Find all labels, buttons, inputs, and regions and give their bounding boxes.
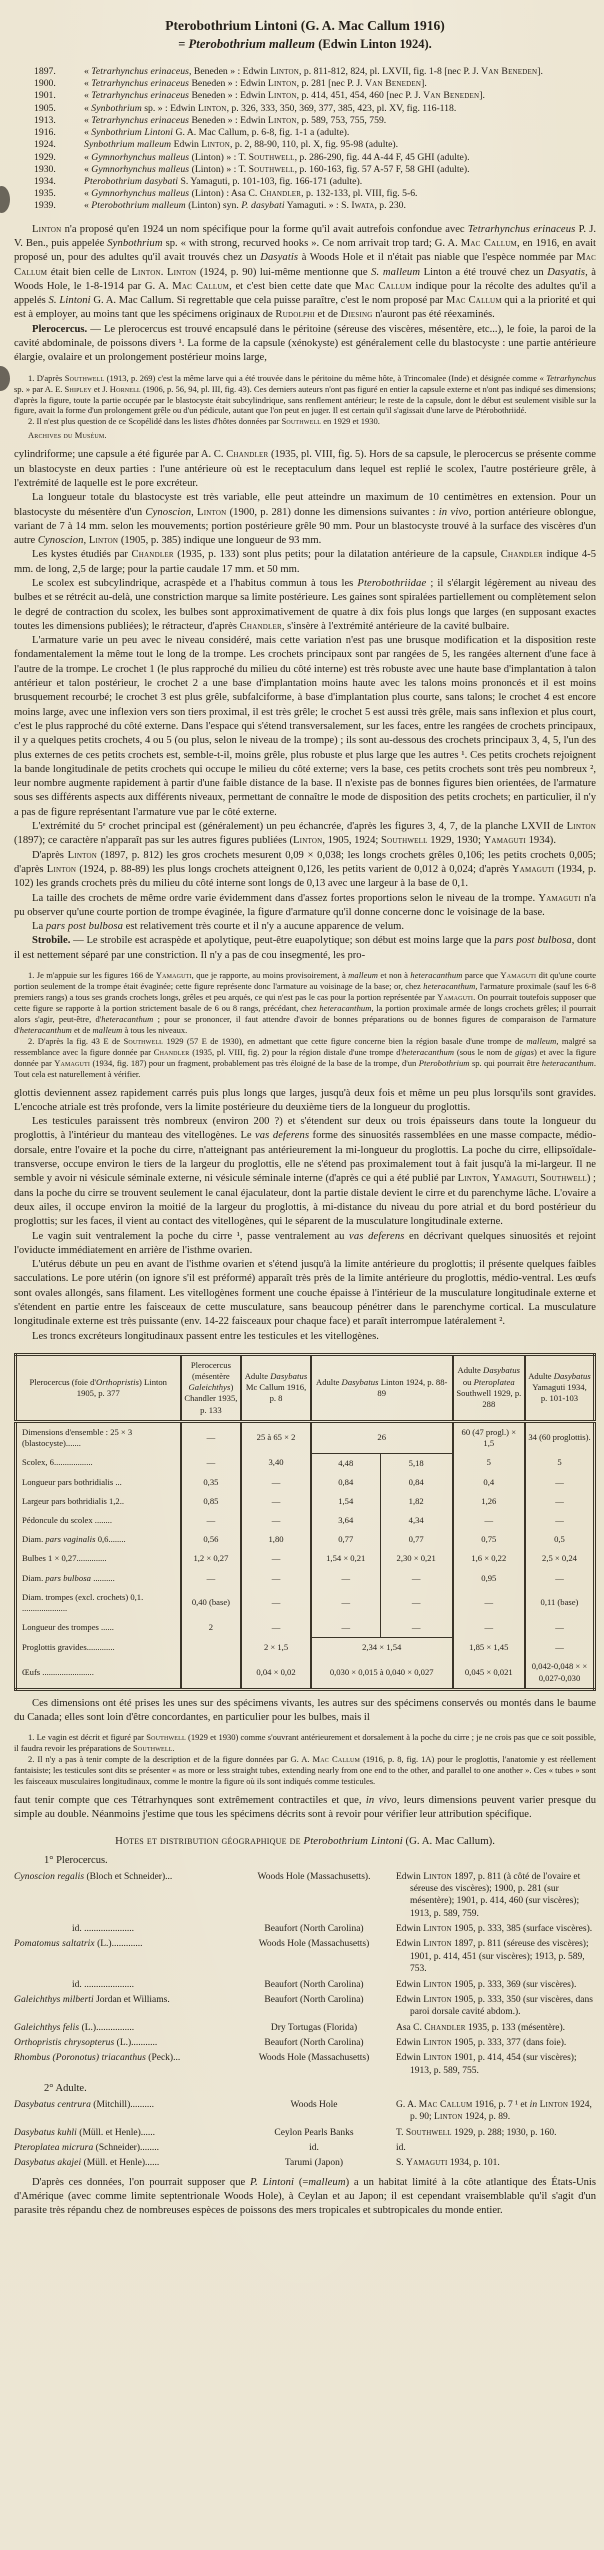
table-header-cell: Plerocercus (foie d'Orthopristis) Linton… (16, 1354, 181, 1421)
host-reference: Edwin Linton 1905, p. 333, 350 (sur visc… (396, 1994, 596, 2019)
table-cell: 2,5 × 0,24 (525, 1549, 595, 1568)
host-name: Pomatomus saltatrix (L.)............. (14, 1938, 232, 1975)
synonymy-text: « Synbothrium Lintoni G. A. Mac Callum, … (68, 127, 596, 139)
table-header-cell: Adulte Dasybatus ou Pteroplatea Southwel… (453, 1354, 525, 1421)
paragraph: D'après Linton (1897, p. 812) les gros c… (14, 849, 596, 892)
table-cell: 4,48 (311, 1453, 380, 1473)
table-cell: — (525, 1511, 595, 1530)
table-cell: 0,84 (311, 1473, 380, 1492)
paragraph: L'utérus débute un peu en avant de l'ist… (14, 1258, 596, 1329)
synonymy-year: 1934. (34, 176, 68, 188)
host-locality: Tarumi (Japon) (240, 2157, 388, 2169)
host-locality: Ceylon Pearls Banks (240, 2127, 388, 2139)
paragraph: La taille des crochets de même ordre var… (14, 892, 596, 921)
paragraph: Plerocercus. — Le plerocercus est trouvé… (14, 323, 596, 366)
host-locality: Dry Tortugas (Florida) (240, 2022, 388, 2034)
host-row: id. .....................Beaufort (North… (14, 1979, 596, 1991)
table-row: Longueur pars bothridialis ...0,35—0,840… (16, 1473, 595, 1492)
paragraph: Les troncs excréteurs longitudinaux pass… (14, 1330, 596, 1344)
host-row: Orthopristis chrysopterus (L.)..........… (14, 2037, 596, 2049)
table-cell: — (453, 1588, 525, 1618)
body-section-2: cylindriforme; une capsule a été figurée… (14, 448, 596, 963)
table-cell: — (241, 1473, 310, 1492)
host-locality: Woods Hole (Massachusetts) (240, 1938, 388, 1975)
host-reference: G. A. Mac Callum 1916, p. 7 ¹ et in Lint… (396, 2099, 596, 2124)
synonymy-text: Pterobothrium dasybati S. Yamaguti, p. 1… (68, 176, 596, 188)
table-cell: — (241, 1569, 310, 1588)
table-cell: — (380, 1588, 452, 1618)
table-cell: 26 (311, 1421, 453, 1453)
table-cell: 0,5 (525, 1530, 595, 1549)
table-cell: 1,2 × 0,27 (181, 1549, 242, 1568)
synonymy-text: « Gymnorhynchus malleus (Linton) » : T. … (68, 164, 596, 176)
host-reference: Edwin Linton 1905, p. 333, 369 (sur visc… (396, 1979, 596, 1991)
synonymy-text: « Gymnorhynchus malleus (Linton) » : T. … (68, 152, 596, 164)
table-cell: — (241, 1588, 310, 1618)
table-cell: 0,85 (181, 1492, 242, 1511)
row-label: Proglottis gravides............. (16, 1638, 181, 1658)
paragraph: Les testicules paraissent très nombreux … (14, 1115, 596, 1229)
table-cell: 0,77 (311, 1530, 380, 1549)
body-section-5: faut tenir compte que ces Tétrarhynques … (14, 1794, 596, 1823)
table-cell: 2 (181, 1618, 242, 1638)
table-row: Diam. pars vaginalis 0,6........0,561,80… (16, 1530, 595, 1549)
table-cell: — (181, 1511, 242, 1530)
paragraph: D'après ces données, l'on pourrait suppo… (14, 2176, 596, 2219)
host-locality: Woods Hole (240, 2099, 388, 2124)
footnote-block-3: 1. Le vagin est décrit et figuré par Sou… (14, 1732, 596, 1787)
table-cell: 5 (453, 1453, 525, 1473)
table-cell: 34 (60 proglottis). (525, 1421, 595, 1453)
table-cell: — (380, 1569, 452, 1588)
paragraph: Le scolex est subcylindrique, acraspède … (14, 577, 596, 634)
synonymy-year: 1913. (34, 115, 68, 127)
host-reference: S. Yamaguti 1934, p. 101. (396, 2157, 596, 2169)
synonymy-year: 1935. (34, 188, 68, 200)
table-cell: — (241, 1618, 310, 1638)
host-row: Dasybatus kuhli (Müll. et Henle)......Ce… (14, 2127, 596, 2139)
synonymy-text: Synbothrium malleum Edwin Linton, p. 2, … (68, 139, 596, 151)
table-cell: 0,35 (181, 1473, 242, 1492)
table-cell: — (181, 1569, 242, 1588)
host-reference: Asa C. Chandler 1935, p. 133 (mésentère)… (396, 2022, 596, 2034)
host-reference: Edwin Linton 1905, p. 333, 377 (dans foi… (396, 2037, 596, 2049)
synonymy-entry: 1900.« Tetrarhynchus erinaceus Beneden »… (34, 78, 596, 90)
table-cell: — (525, 1473, 595, 1492)
paragraph: La longueur totale du blastocyste est tr… (14, 491, 596, 548)
host-reference: T. Southwell 1929, p. 288; 1930, p. 160. (396, 2127, 596, 2139)
table-cell: 0,042-0,048 × × 0,027-0,030 (525, 1657, 595, 1689)
table-cell: — (453, 1511, 525, 1530)
table-cell: 0,84 (380, 1473, 452, 1492)
table-cell (181, 1638, 242, 1658)
table-cell: 0,56 (181, 1530, 242, 1549)
synonymy-text: « Synbothrium sp. » : Edwin Linton, p. 3… (68, 103, 596, 115)
synonymy-entry: 1924.Synbothrium malleum Edwin Linton, p… (34, 139, 596, 151)
synonymy-text: « Tetrarhynchus erinaceus, Beneden » : E… (68, 66, 596, 78)
table-cell: — (525, 1618, 595, 1638)
host-name: Dasybatus centrura (Mitchill).......... (14, 2099, 232, 2124)
scan-smudge (0, 186, 10, 213)
table-cell: 60 (47 progl.) × 1,5 (453, 1421, 525, 1453)
table-cell: 25 à 65 × 2 (241, 1421, 310, 1453)
synonymy-year: 1924. (34, 139, 68, 151)
host-reference: Edwin Linton 1897, p. 811 (à côté de l'o… (396, 1871, 596, 1920)
table-cell: 0,40 (base) (181, 1588, 242, 1618)
table-cell (181, 1657, 242, 1689)
body-section-6: D'après ces données, l'on pourrait suppo… (14, 2176, 596, 2219)
adult-host-list: Dasybatus centrura (Mitchill)..........W… (14, 2099, 596, 2170)
row-label: Scolex, 6.................. (16, 1453, 181, 1473)
table-cell: 0,11 (base) (525, 1588, 595, 1618)
host-row: Dasybatus akajei (Müll. et Henle)......T… (14, 2157, 596, 2169)
synonymy-entry: 1916.« Synbothrium Lintoni G. A. Mac Cal… (34, 127, 596, 139)
host-locality: Beaufort (North Carolina) (240, 1979, 388, 1991)
host-name: Dasybatus akajei (Müll. et Henle)...... (14, 2157, 232, 2169)
synonymy-year: 1901. (34, 90, 68, 102)
table-row: Bulbes 1 × 0,27..............1,2 × 0,27—… (16, 1549, 595, 1568)
table-header-cell: Adulte Dasybatus Linton 1924, p. 88-89 (311, 1354, 453, 1421)
table-row: Diam. pars bulbosa ..........————0,95— (16, 1569, 595, 1588)
table-header-cell: Adulte Dasybatus Yamaguti 1934, p. 101-1… (525, 1354, 595, 1421)
paragraph: Le vagin suit ventralement la poche du c… (14, 1230, 596, 1259)
table-cell: — (241, 1549, 310, 1568)
synonymy-list: 1897.« Tetrarhynchus erinaceus, Beneden … (34, 66, 596, 213)
synonymy-year: 1900. (34, 78, 68, 90)
synonymy-text: « Tetrarhynchus erinaceus Beneden » : Ed… (68, 115, 596, 127)
table-row: Scolex, 6..................—3,404,485,18… (16, 1453, 595, 1473)
body-section-4: Ces dimensions ont été prises les unes s… (14, 1697, 596, 1726)
table-row: Dimensions d'ensemble : 25 × 3 (blastocy… (16, 1421, 595, 1453)
paragraph: La pars post bulbosa est relativement tr… (14, 920, 596, 934)
host-row: Rhombus (Poronotus) triacanthus (Peck)..… (14, 2052, 596, 2077)
table-cell: 0,75 (453, 1530, 525, 1549)
table-cell: — (453, 1618, 525, 1638)
table-row: Largeur pars bothridialis 1,2..0,85—1,54… (16, 1492, 595, 1511)
footnote: 2. Il n'y a pas à tenir compte de la des… (14, 1754, 596, 1787)
row-label: Diam. trompes (excl. crochets) 0,1. ....… (16, 1588, 181, 1618)
scan-smudge (0, 366, 10, 391)
synonymy-entry: 1939.« Pterobothrium malleum (Linton) sy… (34, 200, 596, 212)
host-reference: Edwin Linton 1897, p. 811 (séreuse des v… (396, 1938, 596, 1975)
host-name: Dasybatus kuhli (Müll. et Henle)...... (14, 2127, 232, 2139)
table-cell: 3,40 (241, 1453, 310, 1473)
table-cell: — (525, 1569, 595, 1588)
table-cell: — (311, 1618, 380, 1638)
host-row: Pomatomus saltatrix (L.).............Woo… (14, 1938, 596, 1975)
journal-footer: Archives du Muséum. (14, 430, 596, 441)
paragraph: Strobile. — Le strobile est acraspède et… (14, 934, 596, 963)
row-label: Diam. pars vaginalis 0,6........ (16, 1530, 181, 1549)
paragraph: Linton n'a proposé qu'en 1924 un nom spé… (14, 223, 596, 323)
host-locality: Beaufort (North Carolina) (240, 1923, 388, 1935)
table-cell: — (380, 1618, 452, 1638)
host-name: Rhombus (Poronotus) triacanthus (Peck)..… (14, 2052, 232, 2077)
paragraph: cylindriforme; une capsule a été figurée… (14, 448, 596, 491)
synonymy-text: « Gymnorhynchus malleus (Linton) : Asa C… (68, 188, 596, 200)
row-label: Pédoncule du scolex ........ (16, 1511, 181, 1530)
synonymy-text: « Tetrarhynchus erinaceus Beneden » : Ed… (68, 78, 596, 90)
table-cell: 0,4 (453, 1473, 525, 1492)
host-name: Galeichthys milberti Jordan et Williams. (14, 1994, 232, 2019)
page-title: Pterobothrium Lintoni (G. A. Mac Callum … (14, 18, 596, 52)
table-cell: 5 (525, 1453, 595, 1473)
table-cell: 1,26 (453, 1492, 525, 1511)
host-name: Orthopristis chrysopterus (L.)..........… (14, 2037, 232, 2049)
synonymy-text: « Tetrarhynchus erinaceus Beneden » : Ed… (68, 90, 596, 102)
host-reference: Edwin Linton 1901, p. 414, 454 (sur visc… (396, 2052, 596, 2077)
paragraph: L'extrémité du 5ᵉ crochet principal est … (14, 820, 596, 849)
table-row: Proglottis gravides.............2 × 1,52… (16, 1638, 595, 1658)
host-row: Cynoscion regalis (Bloch et Schneider)..… (14, 1871, 596, 1920)
host-name: id. ..................... (14, 1923, 232, 1935)
footnote: 2. D'après la fig. 43 E de Southwell 192… (14, 1036, 596, 1080)
table-cell: 3,64 (311, 1511, 380, 1530)
plerocercus-host-list: Cynoscion regalis (Bloch et Schneider)..… (14, 1871, 596, 2077)
footnote: 1. Je m'appuie sur les figures 166 de Ya… (14, 970, 596, 1036)
table-cell: 1,54 (311, 1492, 380, 1511)
host-row: Pteroplatea micrura (Schneider)........i… (14, 2142, 596, 2154)
measurements-table-head: Plerocercus (foie d'Orthopristis) Linton… (16, 1354, 595, 1421)
table-cell: 5,18 (380, 1453, 452, 1473)
host-reference: id. (396, 2142, 596, 2154)
host-locality: Beaufort (North Carolina) (240, 1994, 388, 2019)
synonymy-entry: 1929.« Gymnorhynchus malleus (Linton) » … (34, 152, 596, 164)
synonymy-year: 1929. (34, 152, 68, 164)
host-locality: Woods Hole (Massachusetts). (240, 1871, 388, 1920)
synonymy-entry: 1897.« Tetrarhynchus erinaceus, Beneden … (34, 66, 596, 78)
synonymy-entry: 1930.« Gymnorhynchus malleus (Linton) » … (34, 164, 596, 176)
synonymy-year: 1939. (34, 200, 68, 212)
table-header-row: Plerocercus (foie d'Orthopristis) Linton… (16, 1354, 595, 1421)
table-row: Diam. trompes (excl. crochets) 0,1. ....… (16, 1588, 595, 1618)
synonymy-entry: 1905.« Synbothrium sp. » : Edwin Linton,… (34, 103, 596, 115)
row-label: Diam. pars bulbosa .......... (16, 1569, 181, 1588)
host-row: Galeichthys milberti Jordan et Williams.… (14, 1994, 596, 2019)
measurements-table-body: Dimensions d'ensemble : 25 × 3 (blastocy… (16, 1421, 595, 1689)
table-cell: 1,6 × 0,22 (453, 1549, 525, 1568)
host-reference: Edwin Linton 1905, p. 333, 385 (surface … (396, 1923, 596, 1935)
table-cell: — (241, 1492, 310, 1511)
synonymy-text: « Pterobothrium malleum (Linton) syn. P.… (68, 200, 596, 212)
host-row: Dasybatus centrura (Mitchill)..........W… (14, 2099, 596, 2124)
paragraph: Ces dimensions ont été prises les unes s… (14, 1697, 596, 1726)
table-cell: — (525, 1638, 595, 1658)
row-label: Longueur pars bothridialis ... (16, 1473, 181, 1492)
document-page: Pterobothrium Lintoni (G. A. Mac Callum … (0, 0, 604, 2550)
species-title-line: Pterobothrium Lintoni (G. A. Mac Callum … (14, 18, 596, 34)
table-cell: — (181, 1421, 242, 1453)
synonymy-year: 1897. (34, 66, 68, 78)
distribution-heading: Hotes et distribution géographique de Pt… (14, 1835, 596, 1847)
table-cell: 1,54 × 0,21 (311, 1549, 380, 1568)
host-locality: Woods Hole (Massachusetts) (240, 2052, 388, 2077)
table-row: Pédoncule du scolex ........——3,644,34—— (16, 1511, 595, 1530)
table-cell: — (525, 1492, 595, 1511)
body-section-1: Linton n'a proposé qu'en 1924 un nom spé… (14, 223, 596, 366)
table-cell: 0,95 (453, 1569, 525, 1588)
table-cell: 4,34 (380, 1511, 452, 1530)
synonymy-entry: 1901.« Tetrarhynchus erinaceus Beneden »… (34, 90, 596, 102)
host-locality: Beaufort (North Carolina) (240, 2037, 388, 2049)
host-locality: id. (240, 2142, 388, 2154)
host-name: Galeichthys felis (L.)................ (14, 2022, 232, 2034)
subsection-adulte: 2° Adulte. (44, 2083, 596, 2094)
footnote: 1. D'après Southwell (1913, p. 269) c'es… (14, 373, 596, 417)
table-cell: 2,30 × 0,21 (380, 1549, 452, 1568)
paragraph: faut tenir compte que ces Tétrarhynques … (14, 1794, 596, 1823)
footnote-block-1: 1. D'après Southwell (1913, p. 269) c'es… (14, 373, 596, 442)
table-cell: 1,85 × 1,45 (453, 1638, 525, 1658)
synonym-title-line: = Pterobothrium malleum (Edwin Linton 19… (14, 37, 596, 52)
row-label: Bulbes 1 × 0,27.............. (16, 1549, 181, 1568)
host-row: id. .....................Beaufort (North… (14, 1923, 596, 1935)
table-cell: 2 × 1,5 (241, 1638, 310, 1658)
table-row: Œufs ........................0,04 × 0,02… (16, 1657, 595, 1689)
table-cell: 2,34 × 1,54 (311, 1638, 453, 1658)
synonymy-year: 1916. (34, 127, 68, 139)
table-header-cell: Adulte Dasybatus Mc Callum 1916, p. 8 (241, 1354, 310, 1421)
paragraph: glottis deviennent assez rapidement carr… (14, 1087, 596, 1116)
table-cell: 0,030 × 0,015 à 0,040 × 0,027 (311, 1657, 453, 1689)
host-name: Pteroplatea micrura (Schneider)........ (14, 2142, 232, 2154)
synonymy-year: 1930. (34, 164, 68, 176)
table-row: Longueur des trompes ......2————— (16, 1618, 595, 1638)
footnote: 2. Il n'est plus question de ce Scopélid… (14, 416, 596, 427)
body-section-3: glottis deviennent assez rapidement carr… (14, 1087, 596, 1344)
subsection-plerocercus: 1° Plerocercus. (44, 1855, 596, 1866)
host-name: id. ..................... (14, 1979, 232, 1991)
table-cell: — (311, 1588, 380, 1618)
footnote: 1. Le vagin est décrit et figuré par Sou… (14, 1732, 596, 1754)
host-row: Galeichthys felis (L.)................Dr… (14, 2022, 596, 2034)
row-label: Largeur pars bothridialis 1,2.. (16, 1492, 181, 1511)
synonymy-entry: 1934.Pterobothrium dasybati S. Yamaguti,… (34, 176, 596, 188)
synonymy-entry: 1913.« Tetrarhynchus erinaceus Beneden »… (34, 115, 596, 127)
table-cell: — (241, 1511, 310, 1530)
table-cell: — (311, 1569, 380, 1588)
row-label: Œufs ........................ (16, 1657, 181, 1689)
table-cell: 0,77 (380, 1530, 452, 1549)
table-cell: 0,04 × 0,02 (241, 1657, 310, 1689)
footnote-block-2: 1. Je m'appuie sur les figures 166 de Ya… (14, 970, 596, 1080)
paragraph: Les kystes étudiés par Chandler (1935, p… (14, 548, 596, 577)
table-header-cell: Plerocercus (mésentère Galeichthys) Chan… (181, 1354, 242, 1421)
host-name: Cynoscion regalis (Bloch et Schneider)..… (14, 1871, 232, 1920)
measurements-table: Plerocercus (foie d'Orthopristis) Linton… (14, 1353, 596, 1691)
row-label: Dimensions d'ensemble : 25 × 3 (blastocy… (16, 1421, 181, 1453)
row-label: Longueur des trompes ...... (16, 1618, 181, 1638)
table-cell: 0,045 × 0,021 (453, 1657, 525, 1689)
paragraph: L'armature varie un peu avec le niveau c… (14, 634, 596, 820)
table-cell: — (181, 1453, 242, 1473)
table-cell: 1,82 (380, 1492, 452, 1511)
synonymy-entry: 1935.« Gymnorhynchus malleus (Linton) : … (34, 188, 596, 200)
synonymy-year: 1905. (34, 103, 68, 115)
table-cell: 1,80 (241, 1530, 310, 1549)
